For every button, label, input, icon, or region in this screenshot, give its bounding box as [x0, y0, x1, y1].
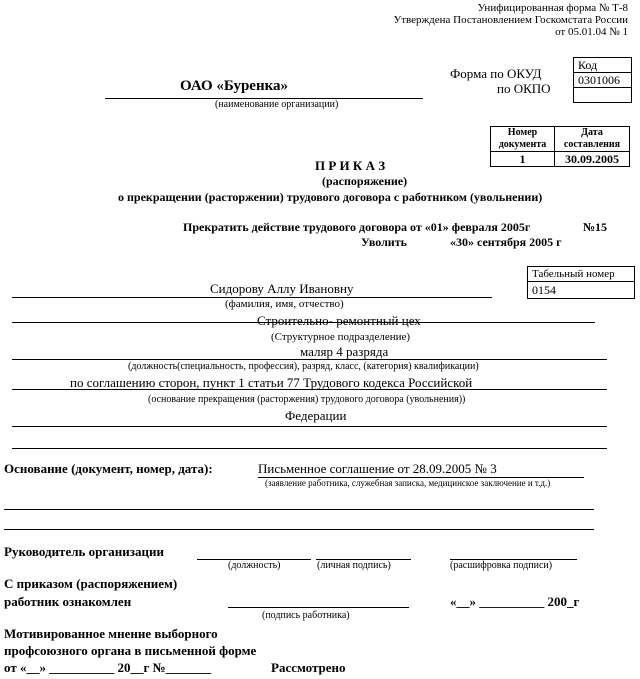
date-header: Дата составления [555, 127, 630, 152]
department-underline [12, 322, 595, 323]
ack-date[interactable]: «__» __________ 200_г [450, 594, 579, 610]
organization-name: ОАО «Буренка» [180, 78, 288, 95]
department-caption: (Структурное подразделение) [271, 331, 410, 343]
document-table: Номер документа Дата составления 1 30.09… [490, 126, 630, 167]
order-subtitle: (распоряжение) [322, 174, 407, 189]
union-considered: Рассмотрено [271, 660, 346, 676]
form-line-3: от 05.01.04 № 1 [393, 26, 628, 38]
order-title: П Р И К А З [315, 158, 385, 174]
department[interactable]: Строительно- ремонтный цех [257, 313, 421, 329]
tab-number-label: Табельный номер [528, 267, 635, 282]
ground-caption: (основание прекращения (расторжения) тру… [148, 394, 465, 405]
order-subject: о прекращении (расторжении) трудового до… [118, 190, 542, 205]
union-line-1: Мотивированное мнение выборного [4, 626, 218, 642]
basis-value[interactable]: Письменное соглашение от 28.09.2005 № 3 [258, 461, 497, 477]
basis-line-1 [4, 509, 594, 510]
position-underline [12, 359, 607, 360]
okpo-code[interactable] [574, 88, 632, 103]
basis-line-2 [4, 529, 594, 530]
ground-underline-2 [12, 426, 607, 427]
form-line-2: Утверждена Постановлением Госкомстата Ро… [393, 14, 628, 26]
basis-label: Основание (документ, номер, дата): [4, 461, 213, 477]
okpo-label: по ОКПО [497, 81, 551, 97]
union-line-2: профсоюзного органа в письменной форме [4, 643, 256, 659]
termination-ground-2[interactable]: Федерации [285, 408, 346, 424]
union-line-3[interactable]: от «__» __________ 20__г №_______ [4, 660, 211, 676]
name-caption: (фамилия, имя, отчество) [225, 298, 344, 310]
codes-table: Код 0301006 [573, 57, 632, 103]
employee-name[interactable]: Сидорову Аллу Ивановну [210, 281, 353, 297]
dismiss-date: «30» сентября 2005 г [450, 235, 562, 250]
decode-caption: (расшифровка подписи) [450, 560, 552, 571]
ground-underline-3 [12, 448, 607, 449]
basis-caption: (заявление работника, служебная записка,… [265, 478, 550, 488]
document-number[interactable]: 1 [491, 152, 555, 167]
head-label: Руководитель организации [4, 544, 164, 560]
ack-line-1: С приказом (распоряжением) [4, 576, 177, 592]
signature-caption: (личная подпись) [317, 560, 391, 571]
position[interactable]: маляр 4 разряда [300, 344, 388, 360]
number-header: Номер документа [491, 127, 555, 152]
tab-number-table: Табельный номер 0154 [527, 266, 635, 299]
employee-signature-caption: (подпись работника) [262, 610, 350, 621]
okud-label: Форма по ОКУД [450, 66, 542, 82]
ground-underline-1 [12, 389, 607, 390]
employee-signature-line[interactable] [228, 607, 409, 608]
form-header: Унифицированная форма № Т-8 Утверждена П… [393, 2, 628, 38]
organization-caption: (наименование организации) [215, 99, 338, 110]
position-caption-sign: (должность) [228, 560, 281, 571]
form-line-1: Унифицированная форма № Т-8 [393, 2, 628, 14]
position-caption: (должность(специальность, профессия), ра… [128, 361, 479, 372]
tab-number-value[interactable]: 0154 [528, 282, 635, 299]
dismiss-label: Уволить [361, 235, 407, 250]
code-header: Код [574, 58, 632, 73]
okud-code[interactable]: 0301006 [574, 73, 632, 88]
terminate-line: Прекратить действие трудового договора о… [183, 220, 530, 235]
contract-number: №15 [583, 220, 607, 235]
ack-line-2: работник ознакомлен [4, 594, 131, 610]
document-date[interactable]: 30.09.2005 [555, 152, 630, 167]
